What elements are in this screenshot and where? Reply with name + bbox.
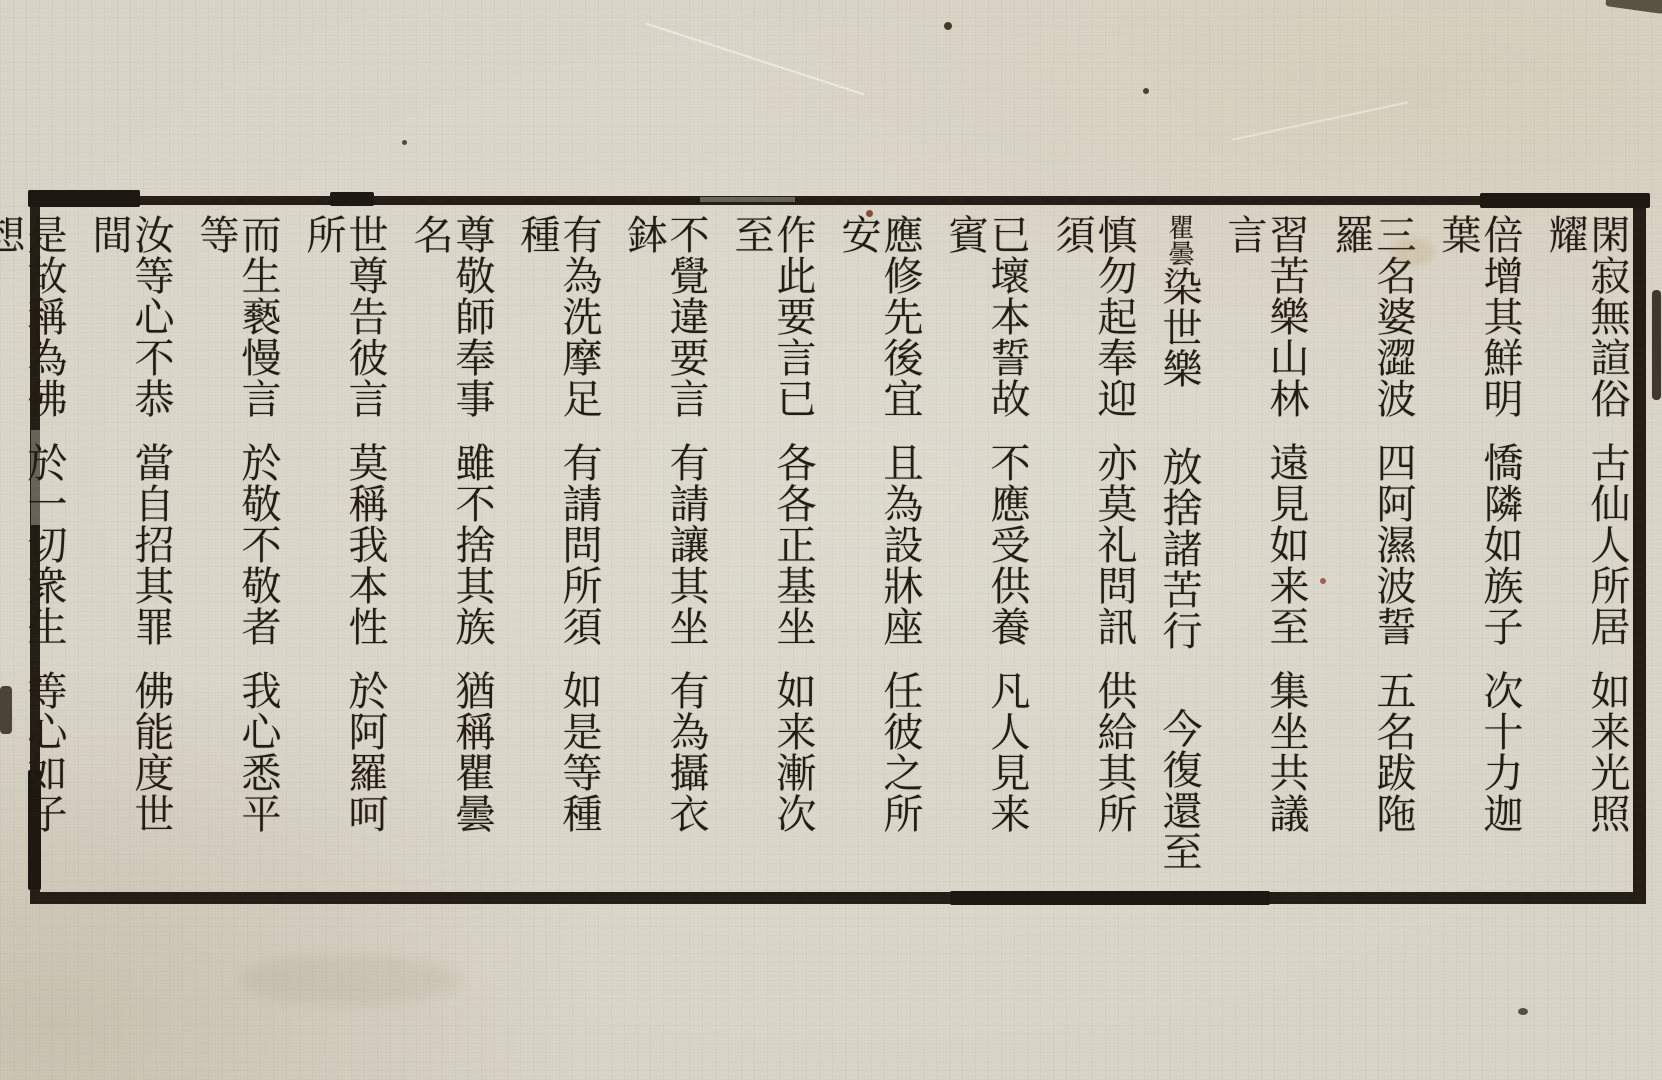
verse-pada: 且為設牀座 bbox=[877, 442, 923, 647]
verse-pada: 閑寂無諠俗 bbox=[1584, 214, 1630, 419]
text-column: 三名婆澀波四阿濕波誓五名跋陁羅 bbox=[1330, 214, 1414, 874]
verse-pada: 不應受供養 bbox=[984, 442, 1030, 647]
scanned-sutra-page: { "paper_color": "#d8d4c7", "ink_color":… bbox=[0, 0, 1662, 1080]
verse-pada: 已壞本誓故 bbox=[984, 214, 1030, 419]
ink-speck bbox=[1518, 1008, 1528, 1015]
verse-pada: 憍隣如族子 bbox=[1477, 442, 1523, 647]
verse-pada: 當自招其罪 bbox=[128, 442, 174, 647]
text-column: 倍增其鮮明憍隣如族子次十力迦葉 bbox=[1437, 214, 1521, 874]
text-column: 是故稱為佛於一切衆生等心如子想 bbox=[0, 214, 65, 874]
ink-speck bbox=[944, 22, 952, 30]
verse-pada: 倍增其鮮明 bbox=[1477, 214, 1523, 419]
verse-pada: 雖不捨其族 bbox=[449, 442, 495, 647]
border-blotch bbox=[1480, 193, 1650, 208]
text-column: 習苦樂山林遠見如来至集坐共議言 bbox=[1223, 214, 1307, 874]
verse-pada: 亦莫礼問訊 bbox=[1091, 442, 1137, 647]
verse-pada: 於敬不敬者 bbox=[235, 442, 281, 647]
ink-speck bbox=[402, 140, 407, 145]
text-column: 汝等心不恭當自招其罪佛能度世間 bbox=[88, 214, 172, 874]
verse-pada: 習苦樂山林 bbox=[1263, 214, 1309, 419]
verse-pada: 有請讓其坐 bbox=[663, 442, 709, 647]
text-column: 應修先後宜且為設牀座任彼之所安 bbox=[837, 214, 921, 874]
yellow-stain bbox=[1392, 238, 1434, 266]
verse-pada: 今復還至 bbox=[1156, 708, 1202, 872]
verse-pada: 慎勿起奉迎 bbox=[1091, 214, 1137, 419]
ink-speck bbox=[1143, 88, 1149, 94]
border-blotch bbox=[28, 190, 140, 207]
paper-crease bbox=[645, 23, 864, 96]
verse-pada: 尊敬師奉事 bbox=[449, 214, 495, 419]
text-column: 有為洗摩足有請問所須如是等種種 bbox=[516, 214, 600, 874]
paper-crease bbox=[1232, 101, 1408, 140]
verse-pada: 汝等心不恭 bbox=[128, 214, 174, 419]
verse-pada: 有請問所須 bbox=[556, 442, 602, 647]
verse-pada: 不覺違要言 bbox=[663, 214, 709, 419]
text-column: 瞿曇染世樂放捨諸苦行今復還至 bbox=[1158, 214, 1200, 874]
paper-edge-mark bbox=[1605, 0, 1662, 14]
verse-pada: 有為洗摩足 bbox=[556, 214, 602, 419]
verse-pada: 四阿濕波誓 bbox=[1370, 442, 1416, 647]
border-fade bbox=[700, 197, 795, 202]
red-speck bbox=[1320, 578, 1326, 584]
text-column: 閑寂無諠俗古仙人所居如来光照耀 bbox=[1544, 214, 1628, 874]
text-column: 不覺違要言有請讓其坐有為攝衣鉢 bbox=[623, 214, 707, 874]
border-blotch bbox=[950, 891, 1270, 905]
verse-pada: 各各正基坐 bbox=[770, 442, 816, 647]
verse-pada: 於一切衆生 bbox=[21, 442, 67, 647]
verse-pada: 是故稱為佛 bbox=[21, 214, 67, 419]
verse-pada: 放捨諸苦行 bbox=[1156, 446, 1202, 651]
paper-stain bbox=[240, 955, 460, 1005]
text-column: 世尊告彼言莫稱我本性於阿羅呵所 bbox=[302, 214, 386, 874]
text-column: 尊敬師奉事雖不捨其族猶稱瞿曇名 bbox=[409, 214, 493, 874]
red-speck bbox=[866, 210, 873, 217]
text-column: 而生褻慢言於敬不敬者我心悉平等 bbox=[195, 214, 279, 874]
squeezed-chars: 瞿曇 bbox=[1164, 214, 1194, 266]
verse-columns: 閑寂無諠俗古仙人所居如来光照耀倍增其鮮明憍隣如族子次十力迦葉三名婆澀波四阿濕波誓… bbox=[0, 214, 1628, 874]
verse-pada: 而生褻慢言 bbox=[235, 214, 281, 419]
text-block: 閑寂無諠俗古仙人所居如来光照耀倍增其鮮明憍隣如族子次十力迦葉三名婆澀波四阿濕波誓… bbox=[0, 214, 1628, 874]
verse-pada: 應修先後宜 bbox=[877, 214, 923, 419]
border-blotch bbox=[330, 192, 374, 206]
text-column: 作此要言已各各正基坐如来漸次至 bbox=[730, 214, 814, 874]
verse-pada: 古仙人所居 bbox=[1584, 442, 1630, 647]
verse-pada: 莫稱我本性 bbox=[342, 442, 388, 647]
text-column: 已壞本誓故不應受供養凡人見来賓 bbox=[944, 214, 1028, 874]
text-column: 慎勿起奉迎亦莫礼問訊供給其所須 bbox=[1051, 214, 1135, 874]
verse-pada: 作此要言已 bbox=[770, 214, 816, 419]
paper-edge-mark bbox=[1652, 290, 1661, 400]
verse-pada: 瞿曇染世樂 bbox=[1156, 214, 1202, 389]
verse-pada: 遠見如来至 bbox=[1263, 442, 1309, 647]
verse-pada: 世尊告彼言 bbox=[342, 214, 388, 419]
